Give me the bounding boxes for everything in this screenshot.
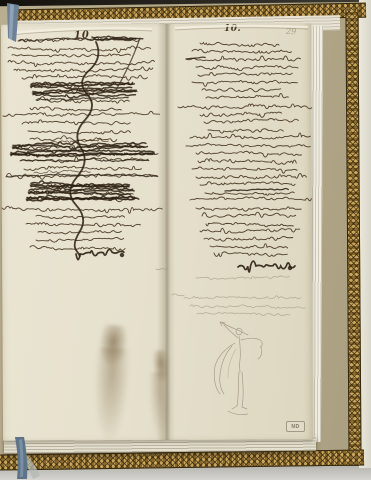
handwriting-stroke (205, 192, 294, 195)
handwriting-stroke (225, 189, 288, 191)
handwriting-stroke (36, 237, 124, 242)
handwriting-stroke (214, 252, 287, 257)
handwriting-stroke (202, 88, 281, 92)
handwriting-stroke (198, 159, 296, 165)
handwriting-stroke (184, 296, 301, 299)
manuscript-photograph: 10 10. 29 ND (0, 0, 371, 480)
handwriting-stroke (28, 130, 131, 134)
handwriting-stroke (206, 222, 293, 226)
ribbon-bookmark-top (7, 3, 19, 42)
handwriting-stroke (36, 215, 125, 218)
handwriting-stroke (202, 212, 296, 217)
handwriting-stroke (14, 67, 153, 73)
handwriting-stroke (8, 46, 151, 53)
handwriting-stroke (204, 119, 298, 124)
ribbon-bookmark-bottom (15, 437, 40, 479)
handwriting-stroke (37, 97, 128, 100)
handwriting-stroke (200, 228, 300, 233)
handwriting-stroke (204, 237, 293, 242)
handwriting-stroke (206, 93, 288, 98)
handwriting-stroke (200, 42, 279, 46)
handwriting-stroke (3, 111, 160, 116)
handwriting-stroke (192, 167, 297, 173)
handwriting-stroke (76, 249, 124, 259)
handwriting-stroke (208, 129, 283, 133)
handwriting-stroke (190, 133, 310, 139)
handwriting-stroke (196, 151, 301, 157)
handwriting-overlay (0, 0, 371, 480)
handwriting-stroke (192, 49, 291, 53)
handwriting-stroke (196, 173, 306, 179)
handwriting-stroke (190, 197, 311, 201)
handwriting-stroke (196, 276, 289, 280)
handwriting-stroke (197, 312, 290, 315)
handwriting-stroke (200, 182, 295, 186)
ink-blot (288, 266, 292, 270)
pencil-figure-sketch (214, 322, 262, 415)
handwriting-stroke (190, 305, 305, 308)
handwriting-stroke (30, 136, 117, 142)
handwriting-stroke (186, 143, 310, 147)
handwriting-stroke (210, 244, 288, 249)
handwriting-stroke (192, 80, 297, 86)
handwriting-stroke (238, 261, 295, 272)
handwriting-stroke (156, 268, 168, 269)
handwriting-stroke (22, 120, 130, 125)
handwriting-stroke (172, 294, 184, 296)
ink-blot (120, 253, 124, 257)
handwriting-stroke (30, 107, 121, 111)
handwriting-stroke (196, 207, 301, 211)
handwriting-stroke (12, 54, 131, 57)
handwriting-stroke (196, 66, 298, 71)
handwriting-stroke (198, 72, 292, 76)
handwriting-stroke (200, 112, 282, 117)
handwriting-stroke (8, 60, 155, 66)
handwriting-stroke (178, 104, 312, 109)
